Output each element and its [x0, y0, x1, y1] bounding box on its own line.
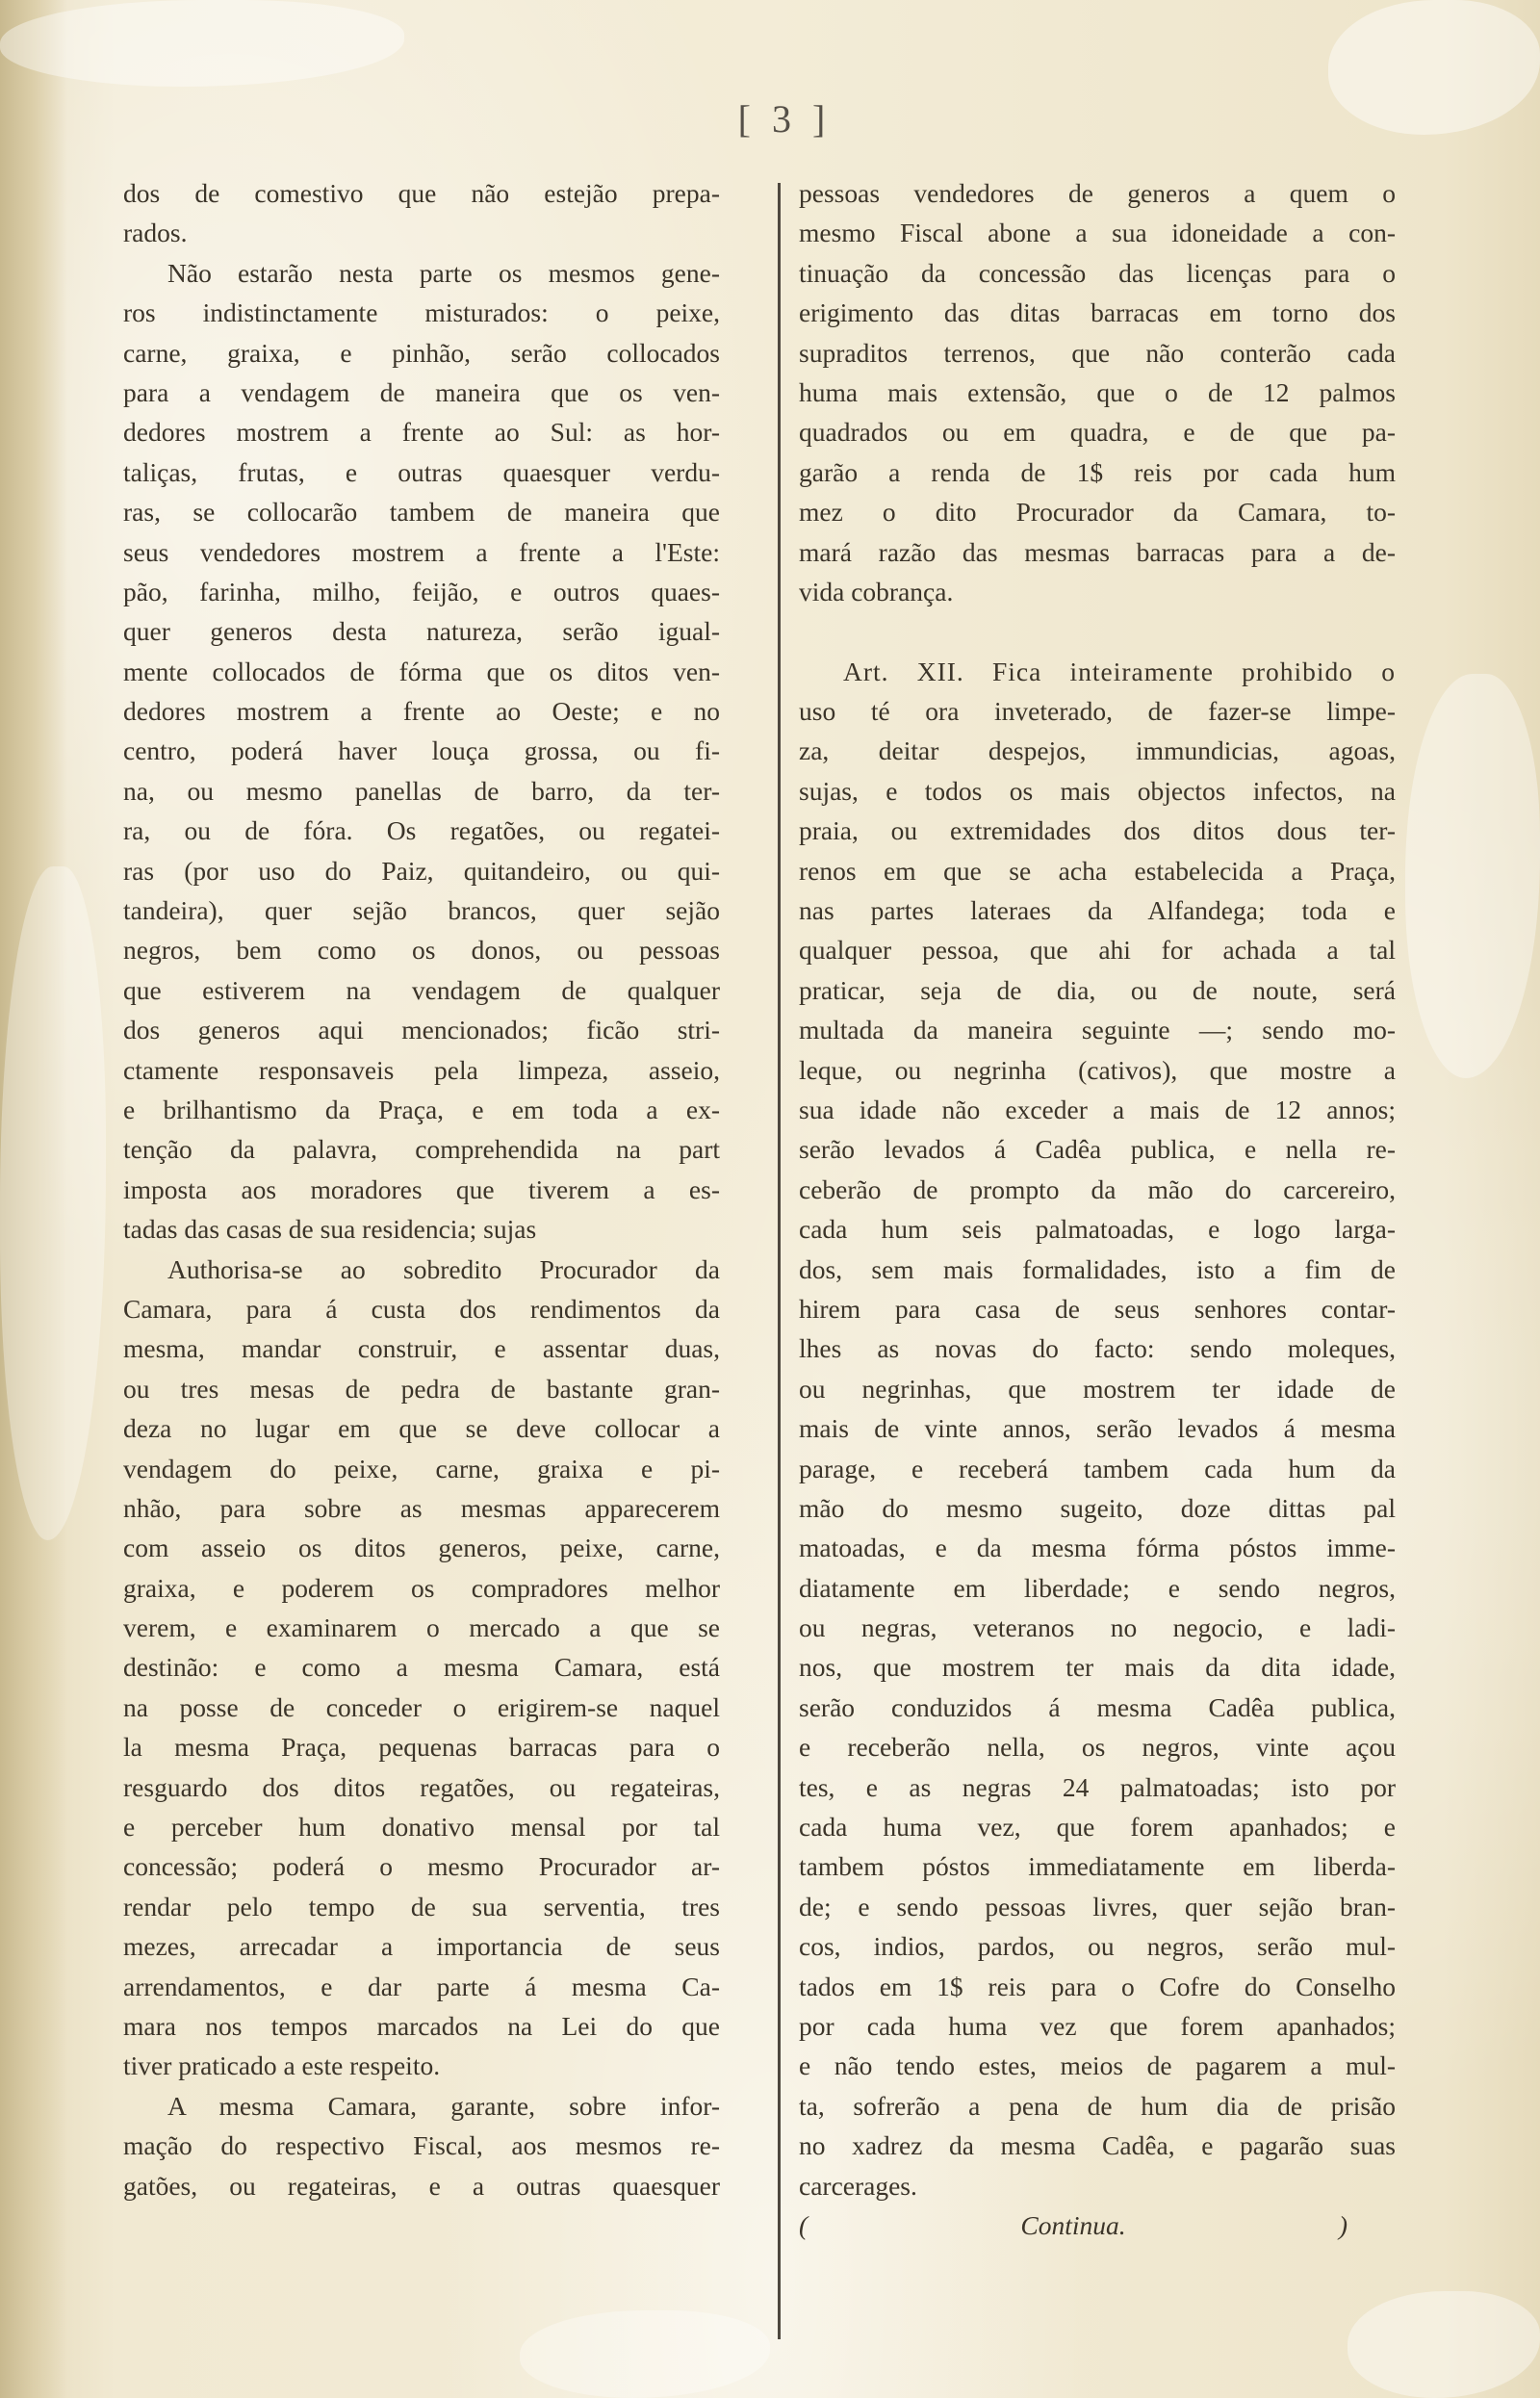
- text-line: huma mais extensão, que o de 12 palmos: [799, 373, 1396, 412]
- text-line: sua idade não exceder a mais de 12 annos…: [799, 1090, 1396, 1129]
- text-line: no xadrez da mesma Cadêa, e pagarão suas: [799, 2126, 1396, 2165]
- text-line: la mesma Praça, pequenas barracas para o: [123, 1727, 720, 1766]
- text-line: quadrados ou em quadra, e de que pa-: [799, 412, 1396, 451]
- text-line: concessão; poderá o mesmo Procurador ar-: [123, 1846, 720, 1886]
- text-line: destinão: e como a mesma Camara, está: [123, 1647, 720, 1687]
- text-line: na posse de conceder o erigirem-se naque…: [123, 1688, 720, 1727]
- text-line: matoadas, e da mesma fórma póstos imme-: [799, 1528, 1396, 1567]
- text-line: carne, graixa, e pinhão, serão collocado…: [123, 333, 720, 373]
- text-line: ra, ou de fóra. Os regatões, ou regatei-: [123, 811, 720, 850]
- text-line: para a vendagem de maneira que os ven-: [123, 373, 720, 412]
- text-line: mezes, arrecadar a importancia de seus: [123, 1926, 720, 1966]
- text-line: pão, farinha, milho, feijão, e outros qu…: [123, 572, 720, 611]
- text-line: imposta aos moradores que tiverem a es-: [123, 1170, 720, 1209]
- text-line: ros indistinctamente misturados: o peixe…: [123, 293, 720, 332]
- text-line: ras, se collocarão tambem de maneira que: [123, 492, 720, 531]
- text-line: resguardo dos ditos regatões, ou regatei…: [123, 1767, 720, 1807]
- text-line: carcerages.: [799, 2166, 1396, 2205]
- text-line: qualquer pessoa, que ahi for achada a ta…: [799, 930, 1396, 969]
- text-line: garão a renda de 1$ reis por cada hum: [799, 452, 1396, 492]
- text-line: com asseio os ditos generos, peixe, carn…: [123, 1528, 720, 1567]
- text-line: mão do mesmo sugeito, doze dittas pal: [799, 1488, 1396, 1528]
- text-line: negros, bem como os donos, ou pessoas: [123, 930, 720, 969]
- text-line: nhão, para sobre as mesmas apparecerem: [123, 1488, 720, 1528]
- text-line: e brilhantismo da Praça, e em toda a ex-: [123, 1090, 720, 1129]
- text-line: por cada huma vez que forem apanhados;: [799, 2006, 1396, 2046]
- left-column: dos de comestivo que não estejão prepa-r…: [123, 173, 720, 2205]
- text-line: pessoas vendedores de generos a quem o: [799, 173, 1396, 213]
- text-line: tadas das casas de sua residencia; sujas: [123, 1209, 720, 1249]
- text-line: sujas, e todos os mais objectos infectos…: [799, 771, 1396, 811]
- text-line: deza no lugar em que se deve collocar a: [123, 1408, 720, 1448]
- text-line: tiver praticado a este respeito.: [123, 2046, 720, 2085]
- text-line: leque, ou negrinha (cativos), que mostre…: [799, 1050, 1396, 1090]
- text-line: tandeira), quer sejão brancos, quer sejã…: [123, 890, 720, 930]
- text-line: nas partes lateraes da Alfandega; toda e: [799, 890, 1396, 930]
- text-line: arrendamentos, e dar parte á mesma Ca-: [123, 1967, 720, 2006]
- text-line: mais de vinte annos, serão levados á mes…: [799, 1408, 1396, 1448]
- text-line: e perceber hum donativo mensal por tal: [123, 1807, 720, 1846]
- text-line: mesmo Fiscal abone a sua idoneidade a co…: [799, 213, 1396, 252]
- text-line: gatões, ou regateiras, e a outras quaesq…: [123, 2166, 720, 2205]
- text-line: seus vendedores mostrem a frente a l'Est…: [123, 532, 720, 572]
- text-line: diatamente em liberdade; e sendo negros,: [799, 1568, 1396, 1608]
- text-line: ras (por uso do Paiz, quitandeiro, ou qu…: [123, 851, 720, 890]
- text-line: serão conduzidos á mesma Cadêa publica,: [799, 1688, 1396, 1727]
- text-line: mara nos tempos marcados na Lei do que: [123, 2006, 720, 2046]
- text-line: tes, e as negras 24 palmatoadas; isto po…: [799, 1767, 1396, 1807]
- paragraph-gap: [799, 611, 1396, 651]
- text-line: dos de comestivo que não estejão prepa-: [123, 173, 720, 213]
- text-line: tinuação da concessão das licenças para …: [799, 253, 1396, 293]
- text-line: de; e sendo pessoas livres, quer sejão b…: [799, 1887, 1396, 1926]
- text-line: ceberão de prompto da mão do carcereiro,: [799, 1170, 1396, 1209]
- text-line: Art. XII. Fica inteiramente prohibido o: [799, 652, 1396, 691]
- text-line: mará razão das mesmas barracas para a de…: [799, 532, 1396, 572]
- text-line: tados em 1$ reis para o Cofre do Conselh…: [799, 1967, 1396, 2006]
- text-line: dedores mostrem a frente ao Sul: as hor-: [123, 412, 720, 451]
- text-line: nos, que mostrem ter mais da dita idade,: [799, 1647, 1396, 1687]
- text-line: cada huma vez, que forem apanhados; e: [799, 1807, 1396, 1846]
- text-line: centro, poderá haver louça grossa, ou fi…: [123, 731, 720, 770]
- text-line: za, deitar despejos, immundicias, agoas,: [799, 731, 1396, 770]
- text-line: ou tres mesas de pedra de bastante gran-: [123, 1369, 720, 1408]
- text-line: dos generos aqui mencionados; ficão stri…: [123, 1010, 720, 1049]
- text-line: Não estarão nesta parte os mesmos gene-: [123, 253, 720, 293]
- column-divider: [778, 183, 781, 2339]
- text-line: multada da maneira seguinte —; sendo mo-: [799, 1010, 1396, 1049]
- text-line: erigimento das ditas barracas em torno d…: [799, 293, 1396, 332]
- text-line: mente collocados de fórma que os ditos v…: [123, 652, 720, 691]
- text-line: serão levados á Cadêa publica, e nella r…: [799, 1129, 1396, 1169]
- text-line: renos em que se acha estabelecida a Praç…: [799, 851, 1396, 890]
- text-line: rendar pelo tempo de sua serventia, tres: [123, 1887, 720, 1926]
- text-line: parage, e receberá tambem cada hum da: [799, 1449, 1396, 1488]
- text-line: A mesma Camara, garante, sobre infor-: [123, 2086, 720, 2126]
- text-line: supraditos terrenos, que não conterão ca…: [799, 333, 1396, 373]
- text-line: tambem póstos immediatamente em liberda-: [799, 1846, 1396, 1886]
- text-line: mação do respectivo Fiscal, aos mesmos r…: [123, 2126, 720, 2165]
- text-line: dos, sem mais formalidades, isto a fim d…: [799, 1250, 1396, 1289]
- text-line: ta, sofrerão a pena de hum dia de prisão: [799, 2086, 1396, 2126]
- continued-label: ( Continua. ): [799, 2205, 1396, 2245]
- text-line: na, ou mesmo panellas de barro, da ter-: [123, 771, 720, 811]
- text-line: uso té ora inveterado, de fazer-se limpe…: [799, 691, 1396, 731]
- text-line: cos, indios, pardos, ou negros, serão mu…: [799, 1926, 1396, 1966]
- text-line: lhes as novas do facto: sendo moleques,: [799, 1328, 1396, 1368]
- text-line: e receberão nella, os negros, vinte açou: [799, 1727, 1396, 1766]
- text-line: graixa, e poderem os compradores melhor: [123, 1568, 720, 1608]
- text-line: cada hum seis palmatoadas, e logo larga-: [799, 1209, 1396, 1249]
- text-line: ou negras, veteranos no negocio, e ladi-: [799, 1608, 1396, 1647]
- right-column: pessoas vendedores de generos a quem ome…: [799, 173, 1396, 2245]
- text-line: e não tendo estes, meios de pagarem a mu…: [799, 2046, 1396, 2085]
- text-line: vendagem do peixe, carne, graixa e pi-: [123, 1449, 720, 1488]
- text-line: dedores mostrem a frente ao Oeste; e no: [123, 691, 720, 731]
- text-line: praia, ou extremidades dos ditos dous te…: [799, 811, 1396, 850]
- text-line: tenção da palavra, comprehendida na part: [123, 1129, 720, 1169]
- text-line: ctamente responsaveis pela limpeza, asse…: [123, 1050, 720, 1090]
- text-line: praticar, seja de dia, ou de noute, será: [799, 970, 1396, 1010]
- text-line: Camara, para á custa dos rendimentos da: [123, 1289, 720, 1328]
- text-line: que estiverem na vendagem de qualquer: [123, 970, 720, 1010]
- text-line: hirem para casa de seus senhores contar-: [799, 1289, 1396, 1328]
- text-line: vida cobrança.: [799, 572, 1396, 611]
- text-line: ou negrinhas, que mostrem ter idade de: [799, 1369, 1396, 1408]
- text-line: rados.: [123, 213, 720, 252]
- text-line: mesma, mandar construir, e assentar duas…: [123, 1328, 720, 1368]
- text-line: verem, e examinarem o mercado a que se: [123, 1608, 720, 1647]
- text-line: quer generos desta natureza, serão igual…: [123, 611, 720, 651]
- text-line: taliças, frutas, e outras quaesquer verd…: [123, 452, 720, 492]
- page-number: [ 3 ]: [731, 96, 837, 142]
- text-line: mez o dito Procurador da Camara, to-: [799, 492, 1396, 531]
- text-line: Authorisa-se ao sobredito Procurador da: [123, 1250, 720, 1289]
